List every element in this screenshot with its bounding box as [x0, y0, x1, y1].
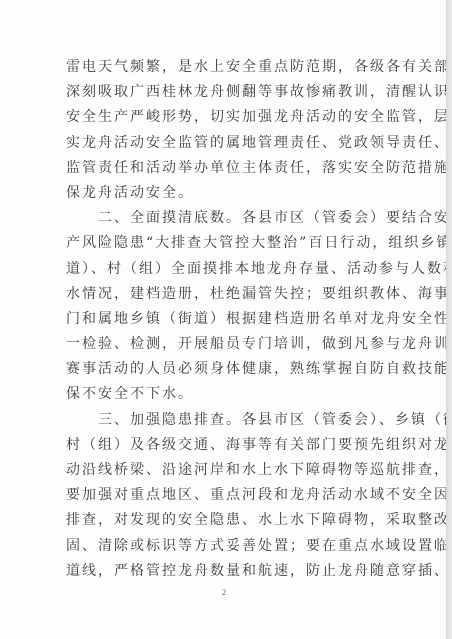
text-line: 深刻吸取广西桂林龙舟侧翻等事故惨痛教训，清醒认识当前 [66, 80, 388, 105]
text-line: 道线，严格管控龙舟数量和航速，防止龙舟随意穿插、掉头 [66, 559, 388, 584]
text-line: 要加强对重点地区、重点河段和龙舟活动水域不安全因素的 [66, 483, 388, 508]
text-line: 赛事活动的人员必须身体健康，熟练掌握自防自救技能，确 [66, 357, 388, 382]
text-line: 产风险隐患“大排查大管控大整治”百日行动，组织乡镇（街 [66, 231, 388, 256]
text-line: 水情况，建档造册，杜绝漏管失控；要组织教体、海事等部 [66, 282, 388, 307]
section-heading-line: 三、加强隐患排查。各县市区（管委会）、乡镇（街道）、 [66, 408, 388, 433]
document-body: 雷电天气频繁，是水上安全重点防范期，各级各有关部门要 深刻吸取广西桂林龙舟侧翻等… [66, 55, 388, 584]
text-line: 保龙舟活动安全。 [66, 181, 388, 206]
text-line: 村（组）及各级交通、海事等有关部门要预先组织对龙舟活 [66, 433, 388, 458]
text-line: 动沿线桥梁、沿途河岸和水上水下障碍物等巡航排查，特别 [66, 458, 388, 483]
text-line: 安全生产严峻形势，切实加强龙舟活动的安全监管，层层压 [66, 105, 388, 130]
page-number: 2 [222, 588, 226, 597]
text-line: 监管责任和活动举办单位主体责任，落实安全防范措施，确 [66, 156, 388, 181]
text-line: 雷电天气频繁，是水上安全重点防范期，各级各有关部门要 [66, 55, 388, 80]
text-line: 固、清除或标识等方式妥善处置；要在重点水域设置临时水 [66, 534, 388, 559]
text-line: 一检验、检测，开展船员专门培训，做到凡参与龙舟训练及 [66, 332, 388, 357]
text-line: 保不安全不下水。 [66, 382, 388, 407]
text-line: 实龙舟活动安全监管的属地管理责任、党政领导责任、部门 [66, 131, 388, 156]
document-page: 雷电天气频繁，是水上安全重点防范期，各级各有关部门要 深刻吸取广西桂林龙舟侧翻等… [0, 0, 446, 639]
text-line: 道）、村（组）全面摸排本地龙舟存量、活动参与人数和下 [66, 257, 388, 282]
section-heading-line: 二、全面摸清底数。各县市区（管委会）要结合安全生 [66, 206, 388, 231]
page-edge-shadow [446, 0, 452, 639]
text-line: 门和属地乡镇（街道）根据建档造册名单对龙舟安全性能逐 [66, 307, 388, 332]
text-line: 排查，对发现的安全隐患、水上水下障碍物，采取整改、加 [66, 508, 388, 533]
